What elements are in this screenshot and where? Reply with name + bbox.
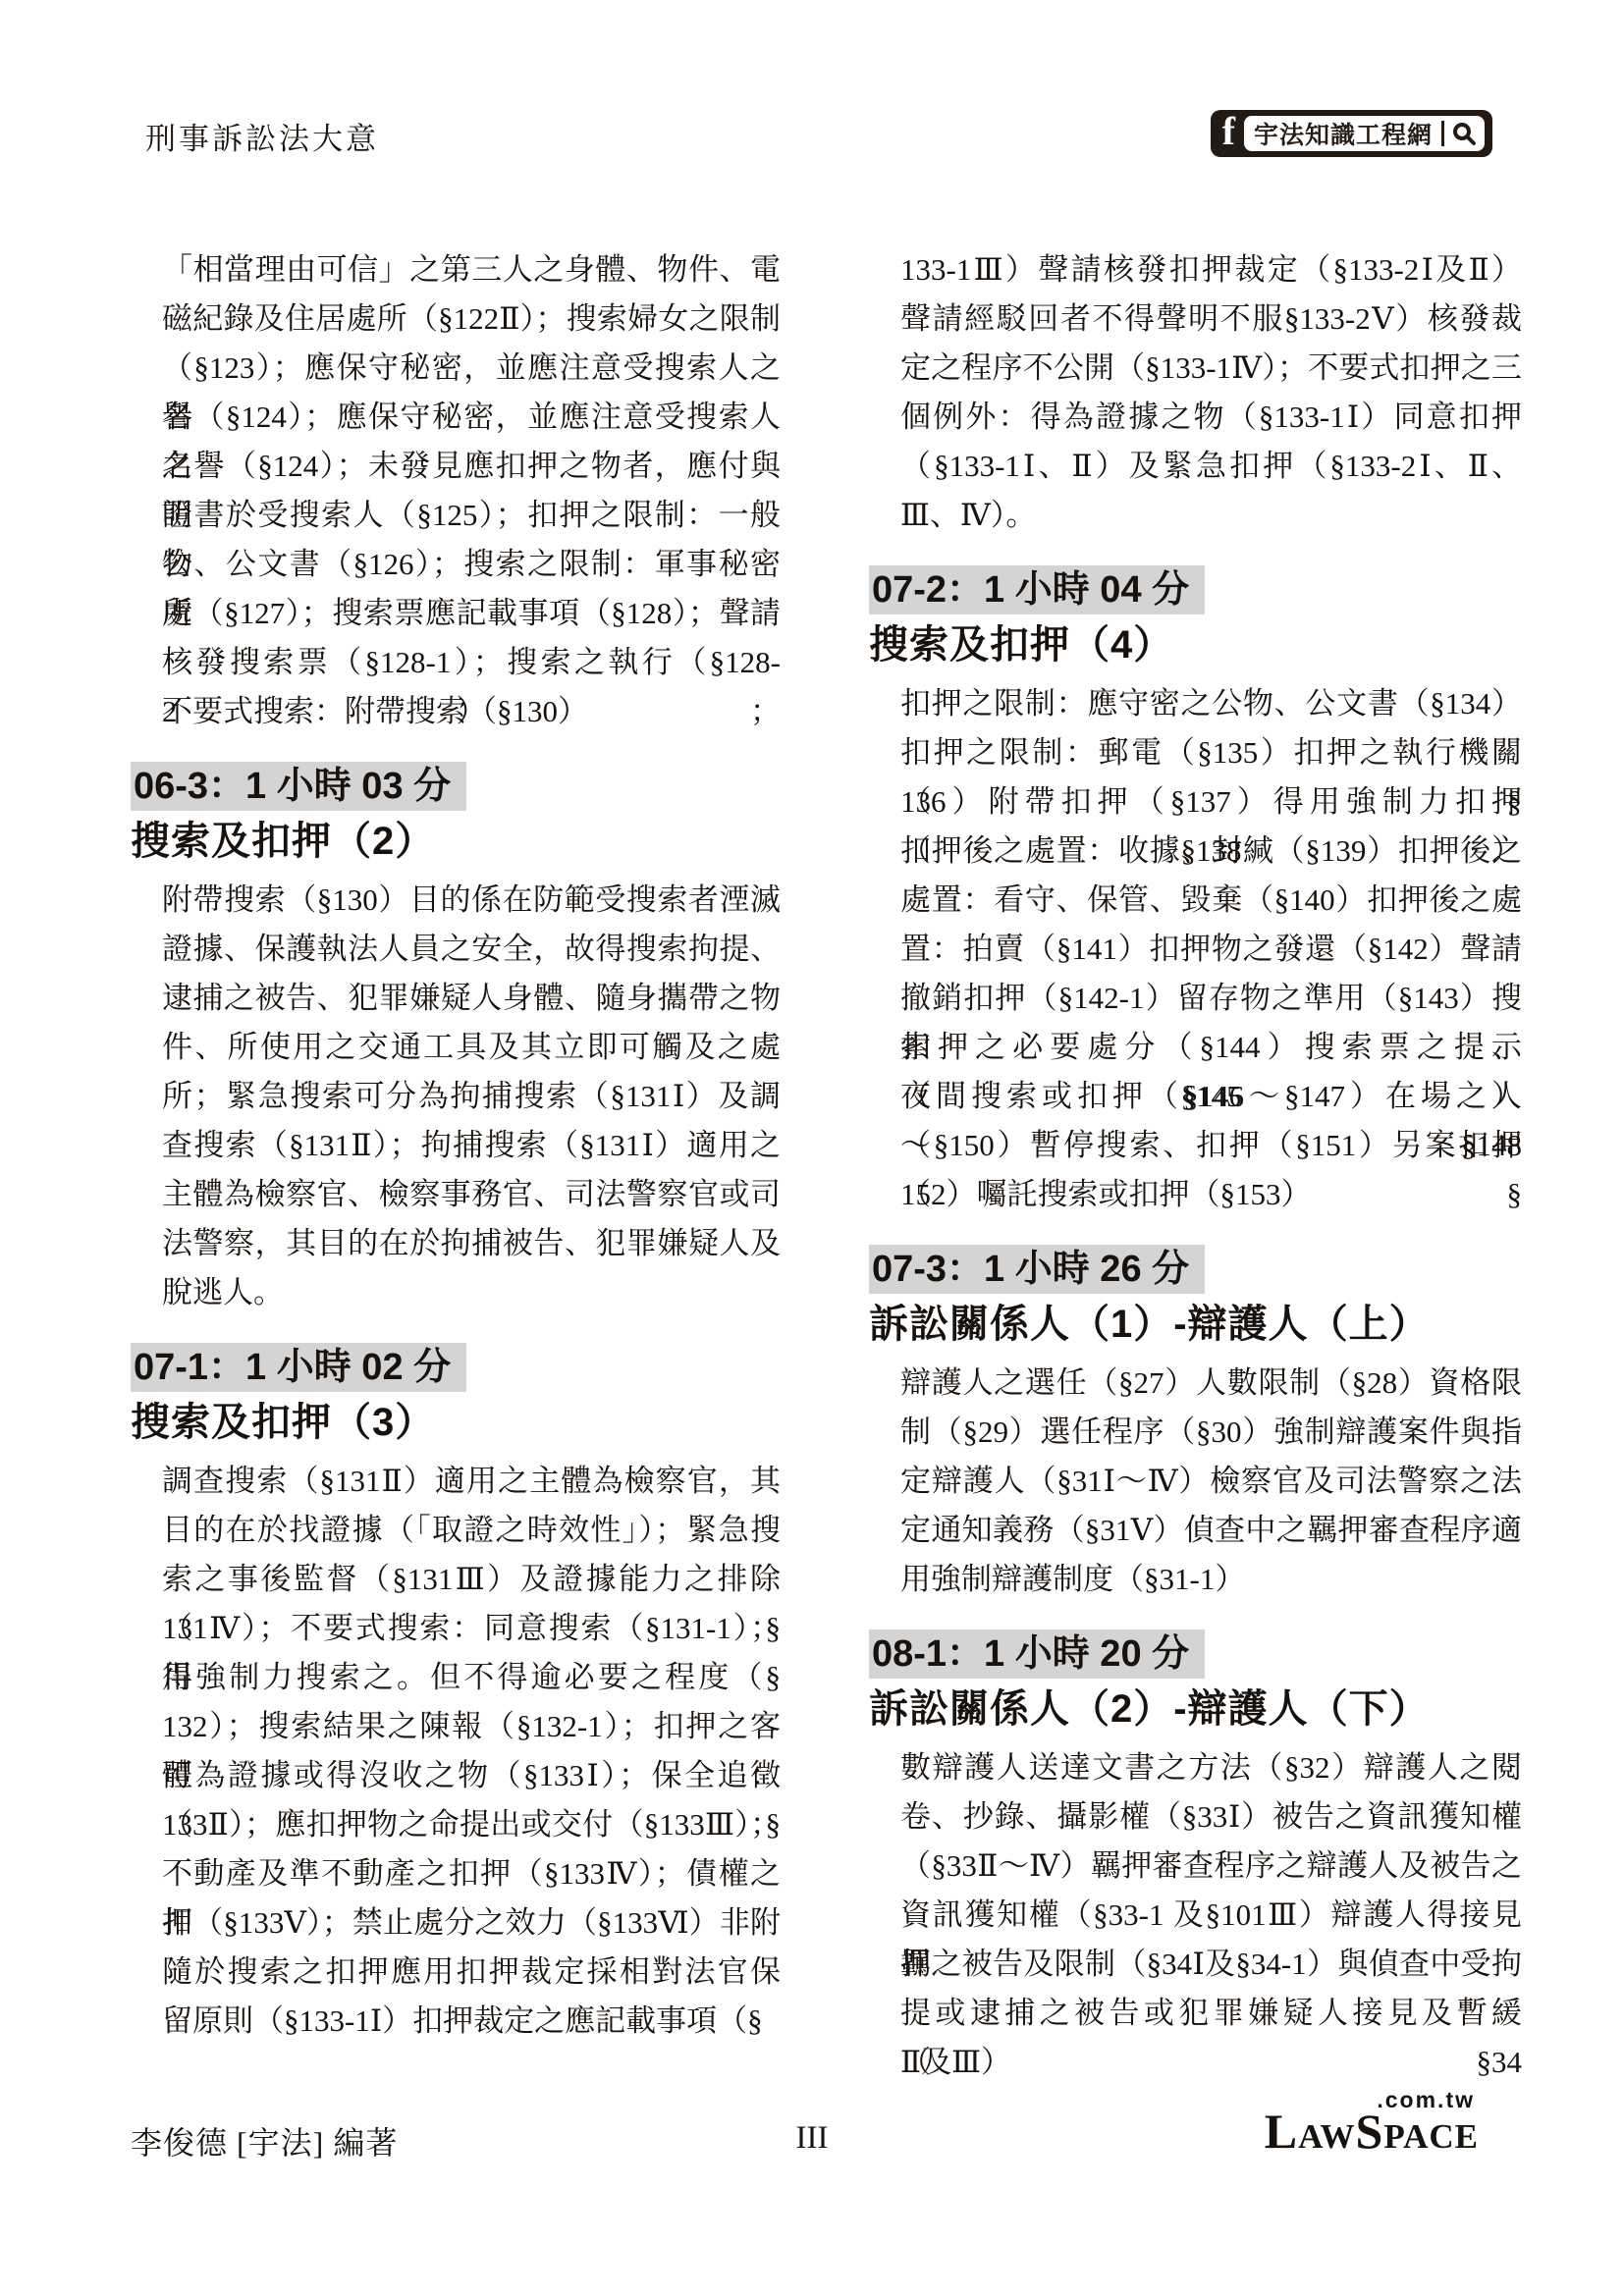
document-page: 刑事訴訟法大意 f 宇法知識工程網 「相當理由可信」之第三人之身體、物件、電磁紀… [0,0,1624,2296]
text-line: 用強制辯護制度（§31-1） [900,1555,1522,1604]
text-line: 物、公文書（§126）；搜索之限制：軍事秘密處 [162,540,781,589]
paragraph: 調查搜索（§131Ⅱ）適用之主體為檢察官，其目的在於找證據（「取證之時效性」）；… [131,1457,781,2046]
section-07-3: 07-3：1 小時 26 分訴訟關係人（1）-辯護人（上）辯護人之選任（§27）… [869,1245,1522,1604]
paragraph-block: 133-1Ⅲ）聲請核發扣押裁定（§133-2Ⅰ及Ⅱ）聲請經駁回者不得聲明不服§1… [869,245,1522,540]
text-line: 個例外：得為證據之物（§133-1Ⅰ）同意扣押 [900,393,1522,442]
section-time-label: 07-1：1 小時 02 分 [131,1343,466,1392]
section-08-1: 08-1：1 小時 20 分訴訟關係人（2）-辯護人（下）數辯護人送達文書之方法… [869,1629,1522,2087]
text-line: 136）附帶扣押（§137）得用強制力扣押（§138） [900,777,1522,827]
badge-site-name: 宇法知識工程網 [1254,116,1433,151]
section-07-2: 07-2：1 小時 04 分搜索及扣押（4）扣押之限制：應守密之公物、公文書（§… [869,565,1522,1219]
text-line: 撤銷扣押（§142-1）留存物之準用（§143）搜索、 [900,974,1522,1023]
paragraph: 數辯護人送達文書之方法（§32）辯護人之閱卷、抄錄、攝影權（§33Ⅰ）被告之資訊… [869,1743,1522,2087]
paragraph: 扣押之限制：應守密之公物、公文書（§134）扣押之限制：郵電（§135）扣押之執… [869,679,1522,1219]
text-line: （§133-1Ⅰ、Ⅱ）及緊急扣押（§133-2Ⅰ、Ⅱ、 [900,442,1522,491]
text-line: 定辯護人（§31Ⅰ～Ⅳ）檢察官及司法警察之法 [900,1457,1522,1506]
badge-inner-box: 宇法知識工程網 [1244,116,1485,151]
text-line: 主體為檢察官、檢察事務官、司法警察官或司 [162,1170,781,1219]
search-icon [1451,121,1477,146]
text-line: 辯護人之選任（§27）人數限制（§28）資格限 [900,1359,1522,1408]
section-time-label: 07-3：1 小時 26 分 [869,1245,1205,1294]
text-line: 用強制力搜索之。但不得逾必要之程度（§ [162,1653,781,1702]
text-line: 定通知義務（§31Ⅴ）偵查中之羈押審查程序適 [900,1506,1522,1555]
text-line: 資訊獲知權（§33-1 及§101Ⅲ）辯護人得接見羈 [900,1891,1522,1940]
lawspace-logo-main: LawSpace [1265,2109,1479,2154]
section-title: 訴訟關係人（2）-辯護人（下） [869,1682,1522,1735]
text-line: 磁紀錄及住居處所（§122Ⅱ）；搜索婦女之限制 [162,294,781,344]
text-line: 索之事後監督（§131Ⅲ）及證據能力之排除（§ [162,1555,781,1604]
section-time-label: 07-2：1 小時 04 分 [869,565,1205,614]
text-line: 132）；搜索結果之陳報（§132-1）；扣押之客體： [162,1702,781,1751]
text-line: 133-1Ⅲ）聲請核發扣押裁定（§133-2Ⅰ及Ⅱ） [900,245,1522,294]
section-title: 搜索及扣押（4） [869,618,1522,671]
text-line: 脫逃人。 [162,1268,781,1317]
paragraph: 辯護人之選任（§27）人數限制（§28）資格限制（§29）選任程序（§30）強制… [869,1359,1522,1604]
text-line: 可為證據或得沒收之物（§133Ⅰ）；保全追徵（§ [162,1751,781,1800]
text-line: 置：拍賣（§141）扣押物之發還（§142）聲請 [900,925,1522,974]
text-line: （§123）；應保守秘密，並應注意受搜索人之名 [162,344,781,393]
text-line: 制（§29）選任程序（§30）強制辯護案件與指 [900,1408,1522,1457]
text-line: 所（§127）；搜索票應記載事項（§128）；聲請 [162,589,781,638]
paragraph: 133-1Ⅲ）聲請核發扣押裁定（§133-2Ⅰ及Ⅱ）聲請經駁回者不得聲明不服§1… [869,245,1522,540]
text-line: 法警察，其目的在於拘捕被告、犯罪嫌疑人及 [162,1219,781,1268]
section-title: 訴訟關係人（1）-辯護人（上） [869,1298,1522,1351]
section-time-label: 08-1：1 小時 20 分 [869,1629,1205,1679]
badge-divider [1441,121,1444,146]
text-line: 聲請經駁回者不得聲明不服§133-2Ⅴ）核發裁 [900,294,1522,344]
facebook-search-badge: f 宇法知識工程網 [1211,110,1492,157]
facebook-icon: f [1222,112,1235,151]
text-line: 查搜索（§131Ⅱ）；拘捕搜索（§131Ⅰ）適用之 [162,1121,781,1170]
section-07-1: 07-1：1 小時 02 分搜索及扣押（3）調查搜索（§131Ⅱ）適用之主體為檢… [131,1343,781,2046]
text-line: 定之程序不公開（§133-1Ⅳ）；不要式扣押之三 [900,344,1522,393]
text-line: 扣押之限制：應守密之公物、公文書（§134） [900,679,1522,728]
text-line: 「相當理由可信」之第三人之身體、物件、電 [162,245,781,294]
text-line: 押之被告及限制（§34Ⅰ及§34-1）與偵查中受拘 [900,1940,1522,1989]
text-line: 隨於搜索之扣押應用扣押裁定採相對法官保 [162,1948,781,1997]
text-line: 押（§133Ⅴ）；禁止處分之效力（§133Ⅵ）非附 [162,1898,781,1948]
text-line: 卷、抄錄、攝影權（§33Ⅰ）被告之資訊獲知權 [900,1792,1522,1842]
text-line: 證據、保護執法人員之安全，故得搜索拘提、 [162,925,781,974]
text-line: 扣押之必要處分（§144）搜索票之提示（§145） [900,1023,1522,1072]
page-header-title: 刑事訴訟法大意 [145,114,379,158]
text-line: 逮捕之被告、犯罪嫌疑人身體、隨身攜帶之物 [162,974,781,1023]
section-title: 搜索及扣押（3） [131,1396,781,1449]
text-line: 件、所使用之交通工具及其立即可觸及之處 [162,1023,781,1072]
text-line: 明書於受搜索人（§125）；扣押之限制：一般公 [162,491,781,540]
text-line: 夜間搜索或扣押（§146～§147）在場之人（§148 [900,1072,1522,1121]
paragraph-block: 「相當理由可信」之第三人之身體、物件、電磁紀錄及住居處所（§122Ⅱ）；搜索婦女… [131,245,781,736]
paragraph: 附帶搜索（§130）目的係在防範受搜索者湮滅證據、保護執法人員之安全，故得搜索拘… [131,876,781,1317]
text-line: ～§150）暫停搜索、扣押（§151）另案扣押（§ [900,1121,1522,1170]
text-line: 調查搜索（§131Ⅱ）適用之主體為檢察官，其 [162,1457,781,1506]
text-line: 數辯護人送達文書之方法（§32）辯護人之閱 [900,1743,1522,1792]
text-line: 133Ⅱ）；應扣押物之命提出或交付（§133Ⅲ）； [162,1800,781,1849]
left-column: 「相當理由可信」之第三人之身體、物件、電磁紀錄及住居處所（§122Ⅱ）；搜索婦女… [131,245,781,2046]
right-column: 133-1Ⅲ）聲請核發扣押裁定（§133-2Ⅰ及Ⅱ）聲請經駁回者不得聲明不服§1… [869,245,1522,2087]
section-06-3: 06-3：1 小時 03 分搜索及扣押（2）附帶搜索（§130）目的係在防範受搜… [131,762,781,1317]
text-line: 所；緊急搜索可分為拘捕搜索（§131Ⅰ）及調 [162,1072,781,1121]
text-line: 核發搜索票（§128-1）；搜索之執行（§128-2）； [162,638,781,687]
paragraph: 「相當理由可信」之第三人之身體、物件、電磁紀錄及住居處所（§122Ⅱ）；搜索婦女… [131,245,781,736]
text-line: 譽（§124）；應保守秘密，並應注意受搜索人之 [162,393,781,442]
section-time-label: 06-3：1 小時 03 分 [131,762,466,811]
text-line: 留原則（§133-1Ⅰ）扣押裁定之應記載事項（§ [162,1997,781,2046]
text-line: 目的在於找證據（「取證之時效性」）；緊急搜 [162,1506,781,1555]
section-title: 搜索及扣押（2） [131,815,781,868]
text-line: 131Ⅳ）；不要式搜索：同意搜索（§131-1）；得 [162,1604,781,1653]
text-line: 扣押之限制：郵電（§135）扣押之執行機關（§ [900,728,1522,777]
text-line: Ⅲ、Ⅳ）。 [900,491,1522,540]
text-line: 提或逮捕之被告或犯罪嫌疑人接見及暫緩（§34 [900,1989,1522,2038]
text-line: （§33Ⅱ～Ⅳ）羈押審查程序之辯護人及被告之 [900,1842,1522,1891]
text-line: 附帶搜索（§130）目的係在防範受搜索者湮滅 [162,876,781,925]
lawspace-logo: .com.tw LawSpace [1265,2089,1479,2154]
text-line: 名譽（§124）；未發見應扣押之物者，應付與證 [162,442,781,491]
text-line: 扣押後之處置：收據、封緘（§139）扣押後之 [900,827,1522,876]
text-line: 處置：看守、保管、毀棄（§140）扣押後之處 [900,876,1522,925]
text-line: 不動產及準不動產之扣押（§133Ⅳ）；債權之扣 [162,1849,781,1898]
